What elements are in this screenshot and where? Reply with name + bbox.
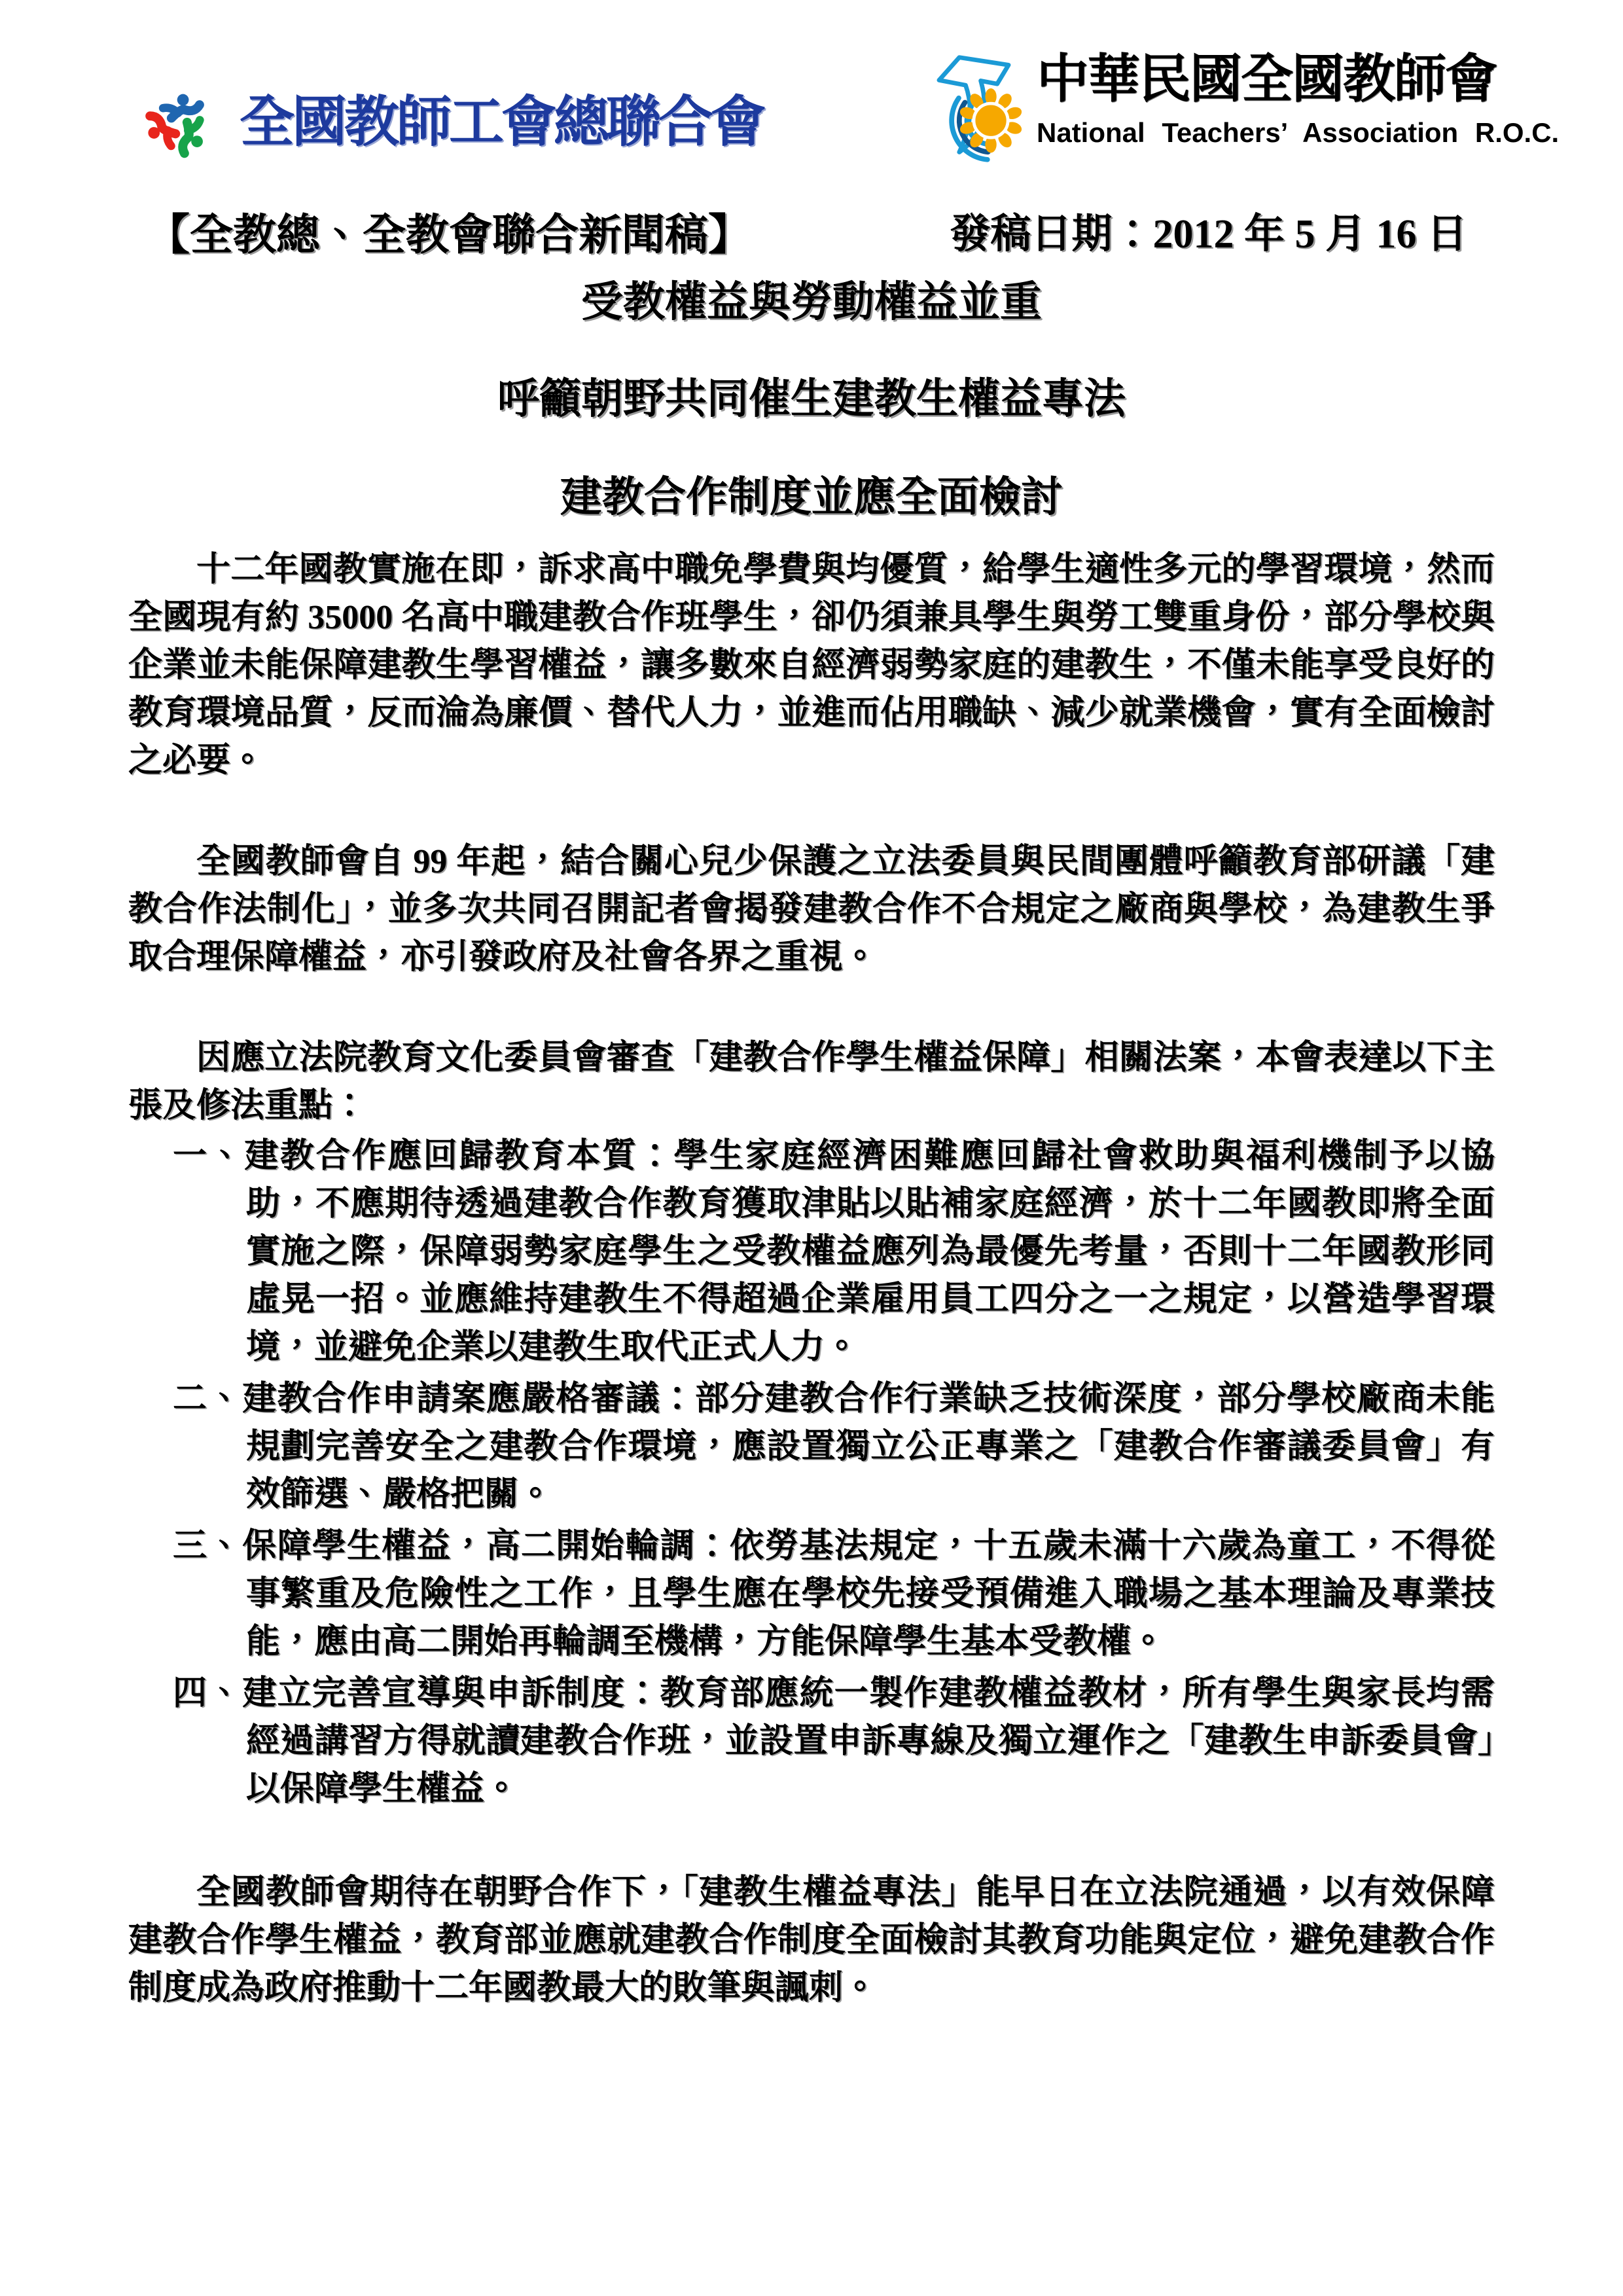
press-release-banner: 【全教總、全教會聯合新聞稿】 [147,209,751,261]
nftu-logo: 全國教師工會總聯合會 [123,73,763,173]
headline-3: 建教合作制度並應全面檢討 [128,476,1495,518]
document-header: 【全教總、全教會聯合新聞稿】 發稿日期：2012 年 5 月 16 日 [147,209,1467,261]
paragraph-intro: 十二年國教實施在即，訴求高中職免學費與均優質，給學生適性多元的學習環境，然而全國… [128,546,1495,785]
nta-emblem-icon [920,46,1027,166]
list-item-4: 四、建立完善宣導與申訴制度：教育部應統一製作建教權益教材，所有學生與家長均需經過… [128,1670,1495,1813]
paragraph-lead-in: 因應立法院教育文化委員會審查「建教合作學生權益保障」相關法案，本會表達以下主張及… [128,1034,1495,1130]
nta-logo-text-english: National Teachers’ Association R.O.C. [1037,118,1559,148]
release-date: 發稿日期：2012 年 5 月 16 日 [950,209,1467,260]
headline-1: 受教權益與勞動權益並重 [128,281,1495,323]
paragraph-history: 全國教師會自 99 年起，結合關心兒少保護之立法委員與民間團體呼籲教育部研議「建… [128,838,1495,981]
press-release-page: 全國教師工會總聯合會 [0,0,1623,2296]
list-item-3: 三、保障學生權益，高二開始輪調：依勞基法規定，十五歲未滿十六歲為童工，不得從事繁… [128,1522,1495,1666]
document-body: 受教權益與勞動權益並重 呼籲朝野共同催生建教生權益專法 建教合作制度並應全面檢討… [128,267,1495,2012]
nta-logo: 中華民國全國教師會 National Teachers’ Association… [920,46,1559,166]
headline-2: 呼籲朝野共同催生建教生權益專法 [128,378,1495,420]
paragraph-closing: 全國教師會期待在朝野合作下，「建教生權益專法」能早日在立法院通過，以有效保障建教… [128,1869,1495,2012]
nftu-emblem-icon [123,73,233,173]
list-item-1: 一、建教合作應回歸教育本質：學生家庭經濟困難應回歸社會救助與福利機制予以協助，不… [128,1132,1495,1371]
nta-logo-text-chinese: 中華民國全國教師會 [1037,50,1559,110]
list-item-2: 二、建教合作申請案應嚴格審議：部分建教合作行業缺乏技術深度，部分學校廠商未能規劃… [128,1375,1495,1518]
nftu-logo-text: 全國教師工會總聯合會 [240,96,763,151]
